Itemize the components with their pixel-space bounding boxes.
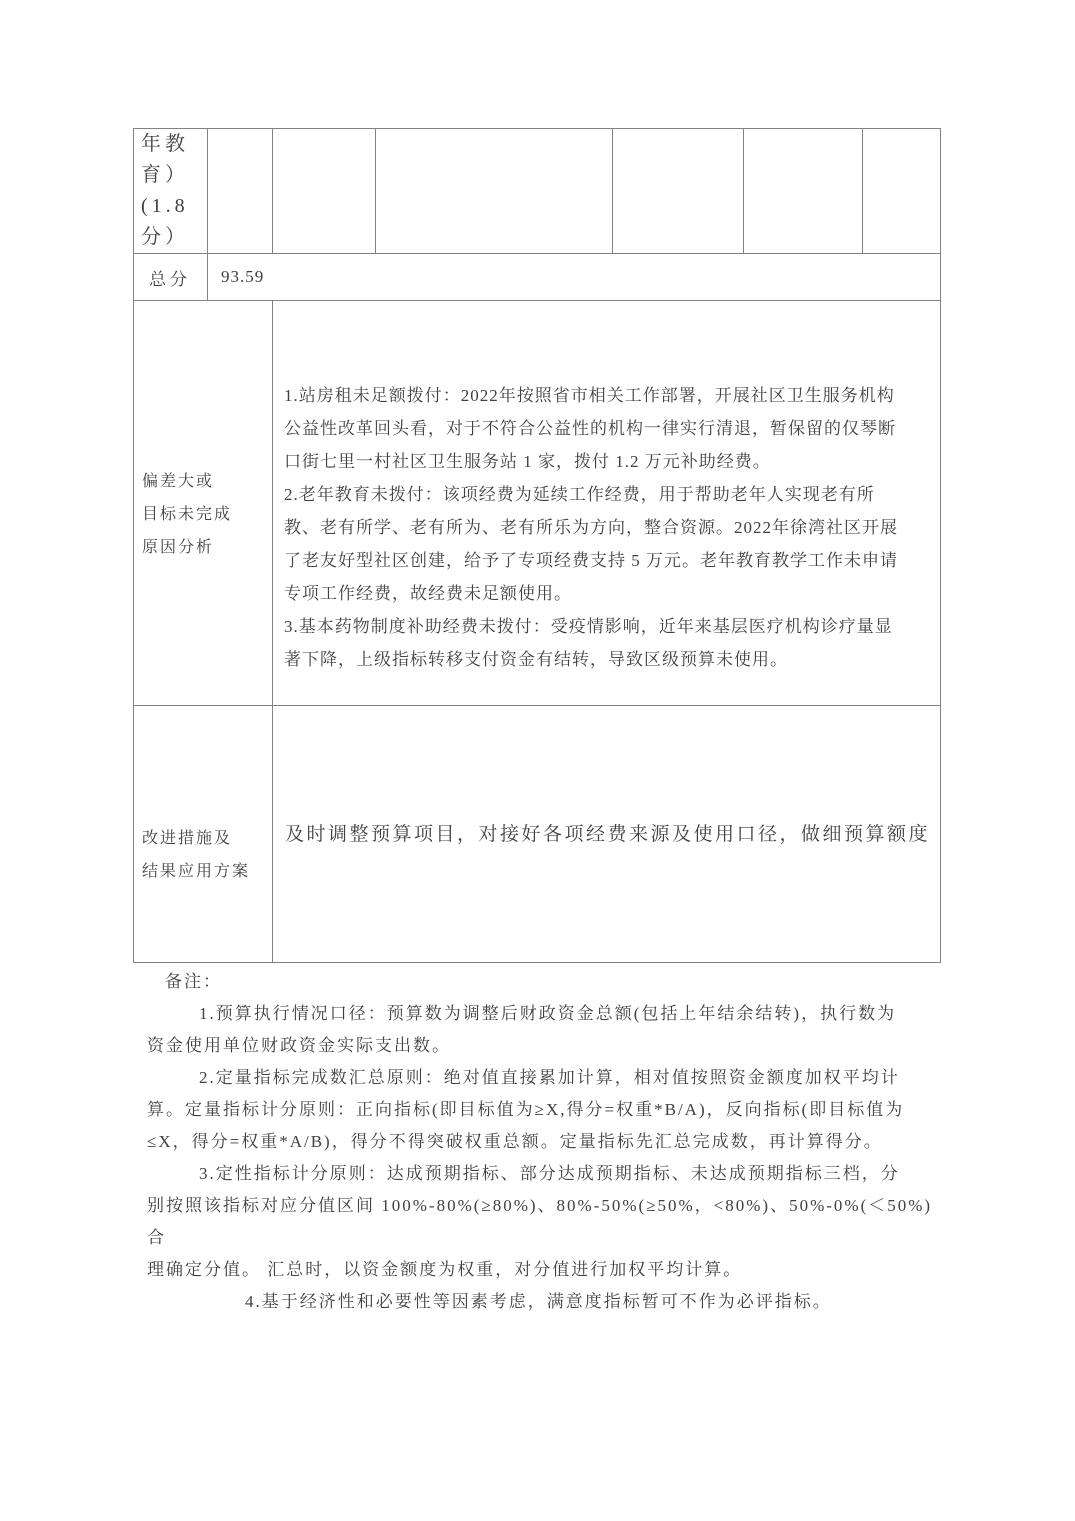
deviation-paragraph-3: 3.基本药物制度补助经费未拨付：受疫情影响，近年来基层医疗机构诊疗量显 著下降，… xyxy=(284,610,939,676)
total-score-value: 93.59 xyxy=(208,254,941,301)
deviation-paragraph-1: 1.站房租未足额拨付：2022年按照省市相关工作部署，开展社区卫生服务机构 公益… xyxy=(284,379,939,478)
total-score-row: 总分 93.59 xyxy=(134,254,941,301)
improvement-measures-label: 改进措施及 结果应用方案 xyxy=(134,706,273,963)
note-item-2: 2.定量指标完成数汇总原则：绝对值直接累加计算，相对值按照资金额度加权平均计 算… xyxy=(147,1062,947,1158)
notes-title: 备注： xyxy=(147,966,947,998)
notes-section: 备注： 1.预算执行情况口径：预算数为调整后财政资金总额(包括上年结余结转)，执… xyxy=(147,966,947,1318)
deviation-analysis-row: 偏差大或 目标未完成 原因分析 1.站房租未足额拨付：2022年按照省市相关工作… xyxy=(134,301,941,706)
improvement-measures-content: 及时调整预算项目，对接好各项经费来源及使用口径，做细预算额度 xyxy=(273,706,941,963)
empty-cell-3 xyxy=(376,129,613,254)
deviation-analysis-label: 偏差大或 目标未完成 原因分析 xyxy=(134,301,273,706)
note-item-1: 1.预算执行情况口径：预算数为调整后财政资金总额(包括上年结余结转)，执行数为 … xyxy=(147,998,947,1062)
document-page: 年教 育） (1.8 分） 总分 93.59 偏差大或 目标未完成 原因分析 1… xyxy=(0,0,1075,1521)
empty-cell-4 xyxy=(613,129,744,254)
total-score-label: 总分 xyxy=(134,254,208,301)
deviation-paragraph-2: 2.老年教育未拨付：该项经费为延续工作经费，用于帮助老年人实现老有所 教、老有所… xyxy=(284,478,939,610)
empty-cell-2 xyxy=(273,129,376,254)
empty-cell-6 xyxy=(863,129,941,254)
empty-cell-1 xyxy=(208,129,273,254)
note-item-3: 3.定性指标计分原则：达成预期指标、部分达成预期指标、未达成预期指标三档，分 别… xyxy=(147,1158,947,1286)
empty-cell-5 xyxy=(744,129,863,254)
deviation-analysis-content: 1.站房租未足额拨付：2022年按照省市相关工作部署，开展社区卫生服务机构 公益… xyxy=(273,301,941,706)
note-item-4: 4.基于经济性和必要性等因素考虑，满意度指标暂可不作为必评指标。 xyxy=(147,1286,947,1318)
indicator-continuation-row: 年教 育） (1.8 分） xyxy=(134,129,941,254)
improvement-measures-row: 改进措施及 结果应用方案 及时调整预算项目，对接好各项经费来源及使用口径，做细预… xyxy=(134,706,941,963)
indicator-name-cell: 年教 育） (1.8 分） xyxy=(134,129,208,254)
performance-evaluation-table: 年教 育） (1.8 分） 总分 93.59 偏差大或 目标未完成 原因分析 1… xyxy=(133,128,941,963)
